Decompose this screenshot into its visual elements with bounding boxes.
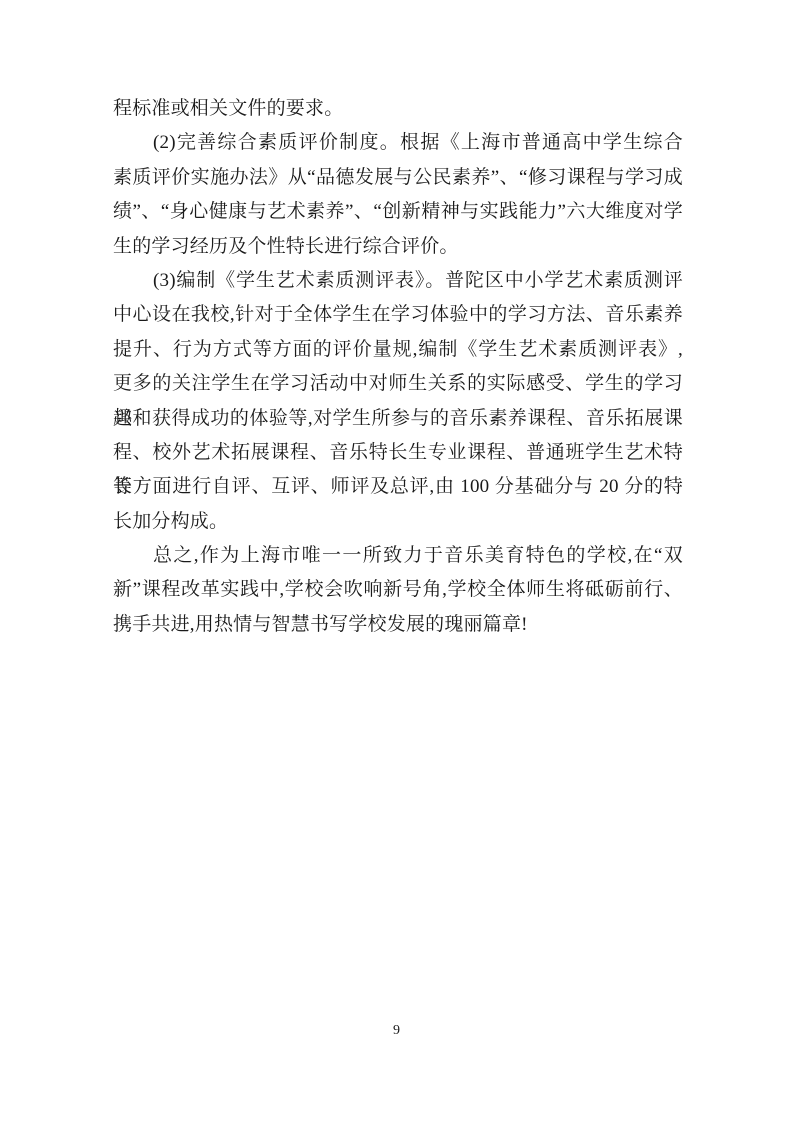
text-line: 长加分构成。 bbox=[113, 505, 683, 539]
text-line: (2)完善综合素质评价制度。根据《上海市普通高中学生综合 bbox=[113, 126, 683, 160]
text-line: 提升、行为方式等方面的评价量规,编制《学生艺术素质测评表》, bbox=[113, 333, 683, 367]
body-text: 程标准或相关文件的要求。(2)完善综合素质评价制度。根据《上海市普通高中学生综合… bbox=[113, 92, 683, 642]
text-line: 新”课程改革实践中,学校会吹响新号角,学校全体师生将砥砺前行、 bbox=[113, 573, 683, 607]
text-line: 携手共进,用热情与智慧书写学校发展的瑰丽篇章! bbox=[113, 608, 683, 642]
text-line: 绩”、“身心健康与艺术素养”、“创新精神与实践能力”六大维度对学 bbox=[113, 195, 683, 229]
text-line: 程、校外艺术拓展课程、音乐特长生专业课程、普通班学生艺术特长 bbox=[113, 436, 683, 470]
text-line: 总之,作为上海市唯一一所致力于音乐美育特色的学校,在“双 bbox=[113, 539, 683, 573]
document-page: 程标准或相关文件的要求。(2)完善综合素质评价制度。根据《上海市普通高中学生综合… bbox=[0, 0, 793, 1122]
text-line: 趣和获得成功的体验等,对学生所参与的音乐素养课程、音乐拓展课 bbox=[113, 402, 683, 436]
page-number: 9 bbox=[0, 1022, 793, 1040]
text-line: 程标准或相关文件的要求。 bbox=[113, 92, 683, 126]
text-line: 生的学习经历及个性特长进行综合评价。 bbox=[113, 230, 683, 264]
text-line: 素质评价实施办法》从“品德发展与公民素养”、“修习课程与学习成 bbox=[113, 161, 683, 195]
text-line: 中心设在我校,针对于全体学生在学习体验中的学习方法、音乐素养 bbox=[113, 298, 683, 332]
text-line: 更多的关注学生在学习活动中对师生关系的实际感受、学生的学习兴 bbox=[113, 367, 683, 401]
text-line: (3)编制《学生艺术素质测评表》。普陀区中小学艺术素质测评 bbox=[113, 264, 683, 298]
text-line: 等方面进行自评、互评、师评及总评,由 100 分基础分与 20 分的特 bbox=[113, 470, 683, 504]
